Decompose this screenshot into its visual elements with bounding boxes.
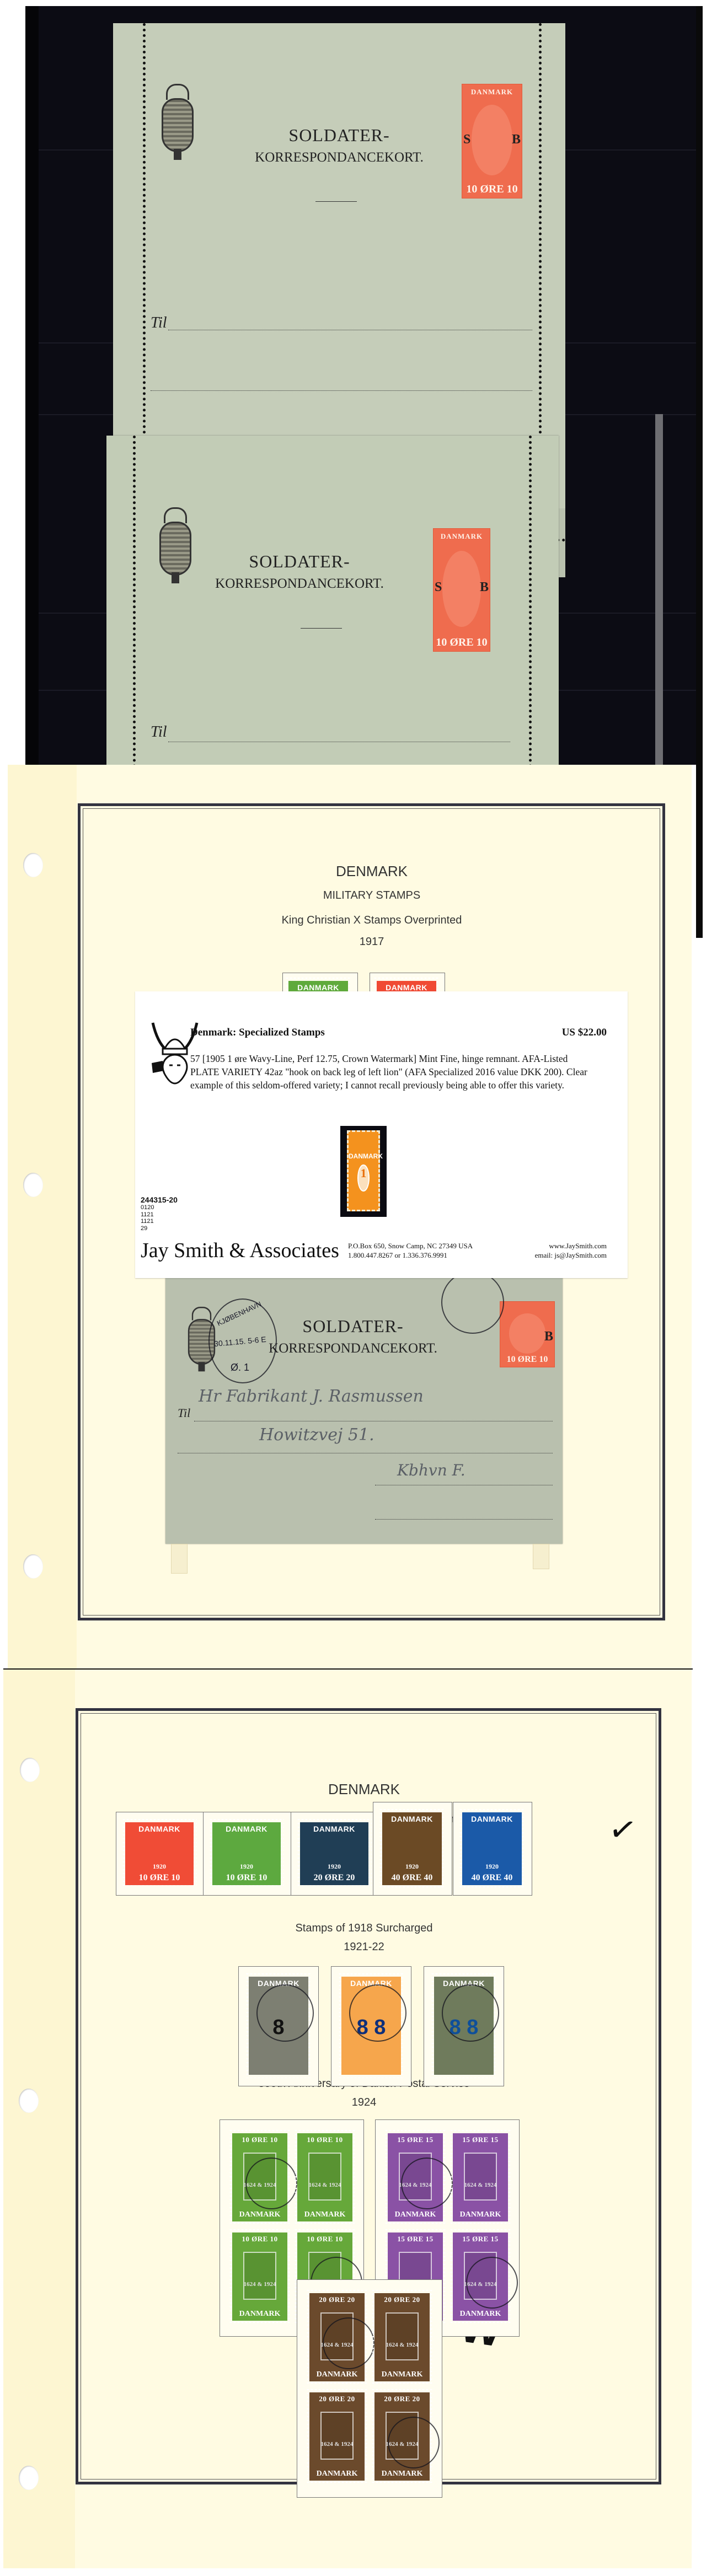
- stockcard-rough-edge: [696, 6, 703, 938]
- stamp-mount: DANMARK8: [238, 1966, 319, 2086]
- punch-hole: [23, 1173, 43, 1197]
- handwritten-address-line: Kbhvn F.: [397, 1461, 465, 1479]
- section-years: 1924: [20, 2096, 708, 2109]
- dealer-description: 57 [1905 1 øre Wavy-Line, Perf 12.75, Cr…: [190, 1052, 587, 1092]
- stamp-mount: DANMARK192010 ØRE 10: [116, 1812, 204, 1896]
- stamp-mount: DANMARK8 8: [424, 1966, 504, 2086]
- stockcard-edge: [25, 6, 39, 765]
- postmark: [401, 2158, 453, 2209]
- thumbnail-value: 1: [349, 1166, 378, 1180]
- postmark-kjobenhavn-2: [441, 1271, 504, 1334]
- dealer-category: Denmark: Specialized Stamps: [190, 1027, 325, 1039]
- overprint-left: S: [463, 132, 470, 147]
- indicia-country: DANMARK: [462, 88, 522, 96]
- used-soldater-card[interactable]: SOLDATER- KORRESPONDANCEKORT. 10 ØRE 10 …: [165, 1276, 563, 1544]
- stamp-anniversary[interactable]: 20 ØRE 201624 & 1924DANMARK: [371, 2290, 433, 2385]
- postmark: [466, 2257, 518, 2309]
- handwritten-address-line: Howitzvej 51.: [259, 1425, 374, 1445]
- dealer-sku-block: 244315-20 0120 1121 1121 29: [141, 1195, 178, 1232]
- dealer-brand: Jay Smith & Associates: [141, 1238, 339, 1263]
- dealer-address: P.O.Box 650, Snow Camp, NC 27349 USA 1.8…: [348, 1241, 473, 1260]
- album-page-2: DENMARK Reunion of Northern Schleswig wi…: [3, 1670, 692, 2568]
- dealer-contact: www.JaySmith.com email: js@JaySmith.com: [535, 1241, 607, 1260]
- stamp-anniversary[interactable]: 20 ØRE 201624 & 1924DANMARK: [371, 2389, 433, 2484]
- indicia-stamp: DANMARK 10 ØRE 10 S B: [433, 528, 490, 652]
- postmark: [245, 2158, 297, 2209]
- stamp-mount: DANMARK192040 ØRE 40: [373, 1802, 452, 1896]
- postmark: [256, 1984, 314, 2042]
- stamp-mount: DANMARK192040 ØRE 40: [453, 1802, 532, 1896]
- address-line2: 1.800.447.8267 or 1.336.376.9991: [348, 1251, 473, 1260]
- stamp-anniversary[interactable]: 15 ØRE 151624 & 1924DANMARK: [450, 2229, 511, 2324]
- indicia-country: DANMARK: [434, 532, 490, 541]
- stamp-anniversary[interactable]: 10 ØRE 101624 & 1924DANMARK: [229, 2130, 291, 2225]
- overprint-left: S: [435, 580, 442, 595]
- stamp-mount: DANMARK8 8: [331, 1966, 411, 2086]
- sku-code: 1121: [141, 1211, 178, 1219]
- stamp-anniversary[interactable]: 15 ØRE 151624 & 1924DANMARK: [450, 2130, 511, 2225]
- sku-code: 0120: [141, 1204, 178, 1211]
- indicia-value: 10 ØRE 10: [434, 636, 490, 649]
- address-line: [151, 390, 532, 391]
- address-line: [168, 330, 532, 330]
- postmark: [388, 2417, 440, 2468]
- overprint: S B: [462, 132, 522, 147]
- sku-code: 1121: [141, 1218, 178, 1225]
- sku-code: 29: [141, 1225, 178, 1232]
- dealer-website-link[interactable]: www.JaySmith.com: [535, 1241, 607, 1251]
- ornament: [315, 201, 357, 202]
- stamp-reunion-10-ore[interactable]: DANMARK192010 ØRE 10: [209, 1819, 284, 1888]
- overprint: S B: [434, 580, 490, 595]
- stamp-thumbnail: DANMARK 1: [340, 1126, 387, 1217]
- handwritten-address-line: Hr Fabrikant J. Rasmussen: [199, 1387, 424, 1406]
- postmark-district: Ø. 1: [231, 1362, 249, 1373]
- address-line: [194, 1421, 553, 1421]
- stamp-reunion-40-ore[interactable]: DANMARK192040 ØRE 40: [459, 1809, 525, 1888]
- address-line: [178, 1453, 553, 1453]
- page-country: DENMARK: [20, 1781, 708, 1798]
- address-line: [375, 1485, 553, 1485]
- punch-hole: [20, 1758, 40, 1782]
- stamp-mount: DANMARK192020 ØRE 20: [291, 1812, 379, 1896]
- address-line1: P.O.Box 650, Snow Camp, NC 27349 USA: [348, 1241, 473, 1251]
- stamp-surcharged-8[interactable]: DANMARK8 8: [338, 1973, 404, 2078]
- address-line: [375, 1519, 553, 1520]
- dealer-insert-card: Denmark: Specialized Stamps US $22.00 57…: [135, 991, 628, 1278]
- stamp-anniversary[interactable]: 20 ØRE 201624 & 1924DANMARK: [306, 2389, 368, 2484]
- stamp-block-mount: 20 ØRE 201624 & 1924DANMARK20 ØRE 201624…: [297, 2279, 442, 2498]
- address-line: [168, 742, 510, 742]
- page-subtitle: King Christian X Stamps Overprinted: [30, 914, 714, 927]
- thumbnail-country: DANMARK: [349, 1152, 378, 1160]
- postmark: [323, 2317, 374, 2369]
- stamp-anniversary[interactable]: 20 ØRE 201624 & 1924DANMARK: [306, 2290, 368, 2385]
- indicia-stamp: 10 ØRE 10 B: [500, 1301, 555, 1367]
- section-title: Stamps of 1918 Surcharged: [20, 1922, 708, 1935]
- dealer-price: US $22.00: [562, 1027, 607, 1039]
- postmark: [349, 1984, 406, 2042]
- stamp-anniversary[interactable]: 10 ØRE 101624 & 1924DANMARK: [229, 2229, 291, 2324]
- hinge: [533, 1544, 549, 1569]
- punch-hole: [23, 1554, 43, 1579]
- stamp-surcharged-8[interactable]: DANMARK8: [245, 1973, 312, 2078]
- sku: 244315-20: [141, 1195, 178, 1204]
- address-label: Til: [178, 1406, 190, 1420]
- stamp-reunion-40-ore[interactable]: DANMARK192040 ØRE 40: [379, 1809, 445, 1888]
- punch-hole: [19, 2466, 39, 2490]
- stamp-mount: DANMARK192010 ØRE 10: [203, 1812, 291, 1896]
- indicia-stamp: DANMARK 10 ØRE 10 S B: [462, 84, 522, 198]
- indicia-value: 10 ØRE 10: [500, 1355, 554, 1365]
- overprint-right: B: [512, 132, 521, 147]
- stamp-surcharged-8[interactable]: DANMARK8 8: [431, 1973, 497, 2078]
- stamp-reunion-20-ore[interactable]: DANMARK192020 ØRE 20: [297, 1819, 372, 1888]
- page-section: MILITARY STAMPS: [30, 889, 714, 902]
- page-year: 1917: [30, 936, 714, 948]
- dealer-email-link[interactable]: email: js@JaySmith.com: [535, 1251, 607, 1260]
- postmark: [442, 1984, 499, 2042]
- address-label: Til: [151, 314, 167, 332]
- overprint-right: B: [480, 580, 489, 595]
- stamp-anniversary[interactable]: 15 ØRE 151624 & 1924DANMARK: [384, 2130, 446, 2225]
- page-country: DENMARK: [30, 863, 714, 880]
- overprint-right: B: [544, 1329, 553, 1344]
- section-years: 1921-22: [20, 1941, 708, 1954]
- indicia-value: 10 ØRE 10: [462, 183, 522, 196]
- stamp-anniversary[interactable]: 10 ØRE 101624 & 1924DANMARK: [294, 2130, 356, 2225]
- stockcard-gray-edge: [655, 414, 663, 767]
- hinge: [171, 1544, 188, 1574]
- ornament: [301, 628, 342, 629]
- stamp-reunion-10-ore[interactable]: DANMARK192010 ØRE 10: [122, 1819, 197, 1888]
- address-label: Til: [151, 723, 167, 741]
